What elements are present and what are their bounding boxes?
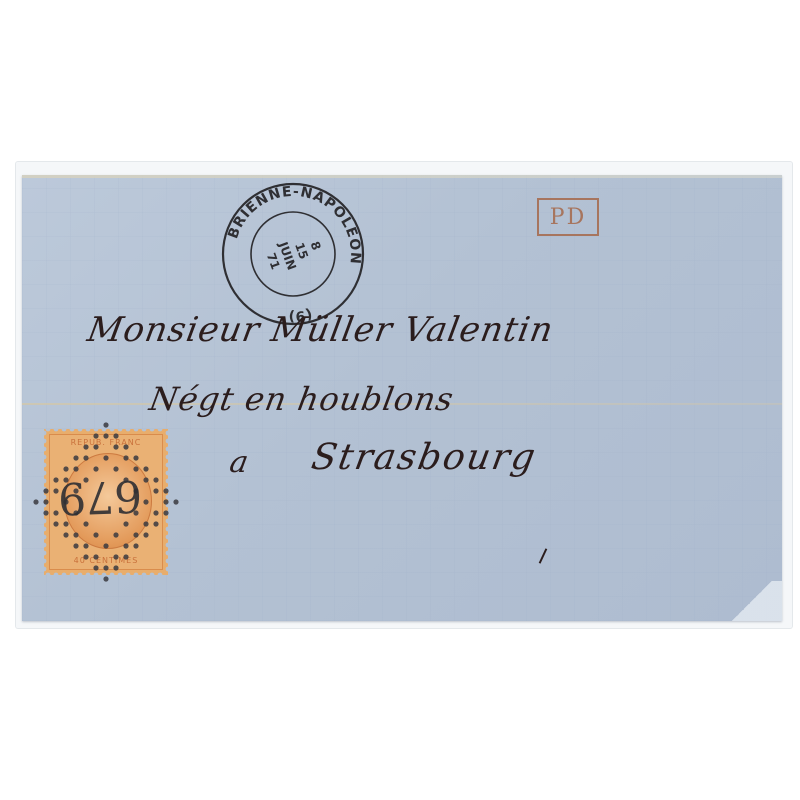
- postage-stamp: /* perforations drawn below */ REPUB. FR…: [44, 429, 168, 575]
- address-line-occupation: Négt en houblons: [147, 380, 457, 418]
- pen-mark: [539, 548, 548, 563]
- envelope-cover: BRIENNE-NAPOLEON (9) 8 15 JUIN 71 PD Mon…: [22, 175, 782, 621]
- losange-number: 679: [61, 470, 143, 524]
- postmark-cancel: BRIENNE-NAPOLEON (9) 8 15 JUIN 71: [218, 179, 368, 329]
- postmark-hour: 8: [308, 239, 324, 252]
- address-line-recipient: Monsieur Müller Valentin: [84, 310, 556, 350]
- pd-handstamp: PD: [537, 198, 599, 236]
- address-line-prefix: a: [227, 445, 251, 480]
- sleeve-corner: [722, 581, 782, 621]
- address-line-city: Strasbourg: [308, 437, 540, 478]
